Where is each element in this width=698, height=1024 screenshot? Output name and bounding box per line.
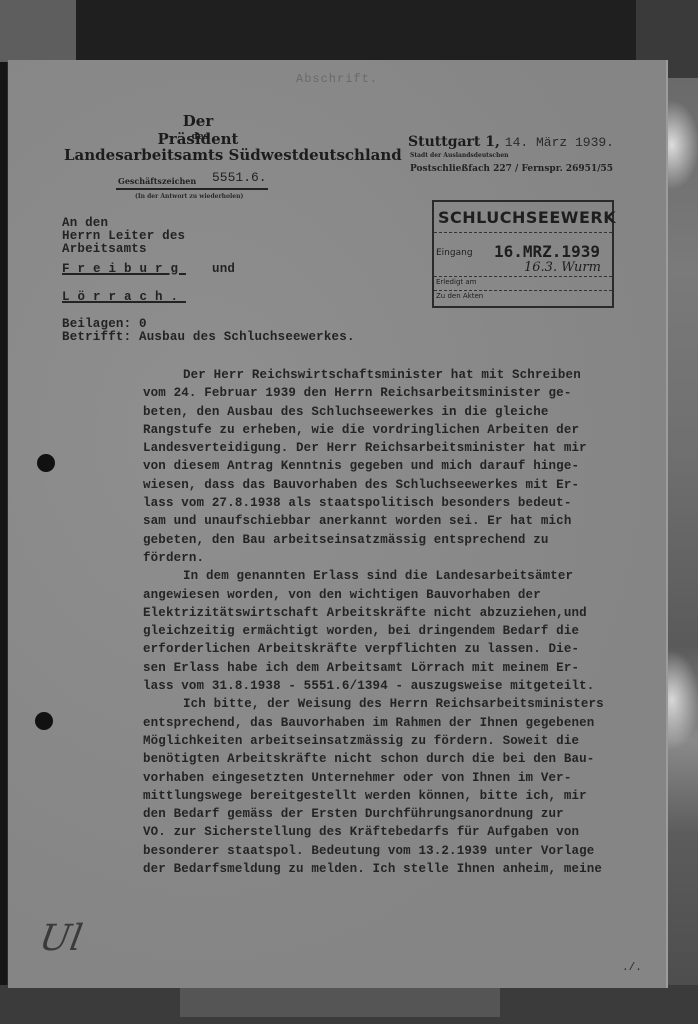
body-line: Rangstufe zu erheben, wie die vordringli… — [143, 421, 663, 439]
body-line: der Bedarfsmeldung zu melden. Ich stelle… — [143, 860, 663, 878]
body-line: In dem genannten Erlass sind die Landesa… — [143, 567, 663, 585]
enclosures: Beilagen: 0 — [62, 317, 147, 331]
background-top-folder — [76, 0, 636, 68]
stamp-divider — [434, 232, 612, 233]
body-line: Der Herr Reichswirtschaftsminister hat m… — [143, 366, 663, 384]
film-edge-left — [0, 0, 7, 1024]
body-line: den Bedarf gemäss der Ersten Durchführun… — [143, 805, 663, 823]
body-line: lass vom 27.8.1938 als staatspolitisch b… — [143, 494, 663, 512]
letterhead-des: des — [180, 132, 220, 142]
body-line: fördern. — [143, 549, 663, 567]
body-line: entsprechend, das Bauvorhaben im Rahmen … — [143, 714, 663, 732]
background-top-left — [0, 0, 78, 62]
stamp-received-date: 16.MRZ.1939 — [494, 242, 600, 261]
recipient-city-freiburg: Freiburg — [62, 262, 186, 276]
subject-line: Betrifft: Ausbau des Schluchseewerkes. — [62, 330, 355, 344]
punch-hole — [35, 712, 53, 730]
body-line: wiesen, dass das Bauvorhaben des Schluch… — [143, 476, 663, 494]
body-line: gleichzeitig ermächtigt worden, bei drin… — [143, 622, 663, 640]
body-line: beten, den Ausbau des Schluchseewerkes i… — [143, 403, 663, 421]
postal-info: Postschließfach 227 / Fernspr. 26951/55 — [410, 164, 613, 174]
body-line: vorhaben eingesetzten Unternehmer oder v… — [143, 769, 663, 787]
letter-body: Der Herr Reichswirtschaftsminister hat m… — [143, 366, 663, 878]
stamp-line-files: Zu den Akten — [436, 292, 483, 300]
reference-note: (In der Antwort zu wiederholen) — [135, 193, 243, 200]
body-line: Landesverteidigung. Der Herr Reichsarbei… — [143, 439, 663, 457]
recipient-line: Herrn Leiter des — [62, 229, 185, 243]
stamp-divider — [434, 290, 612, 291]
recipient-city-loerrach: Lörrach. — [62, 290, 186, 304]
stamp-divider — [434, 276, 612, 277]
body-line: besonderer staatspol. Bedeutung vom 13.2… — [143, 842, 663, 860]
city-subtitle: Stadt der Auslandsdeutschen — [410, 152, 509, 159]
stamp-title: SCHLUCHSEEWERK — [438, 208, 616, 227]
city: Stuttgart 1, — [408, 134, 500, 150]
body-line: benötigten Arbeitskräfte nicht schon dur… — [143, 750, 663, 768]
stamp-received-label: Eingang — [436, 248, 473, 258]
body-line: sam und unaufschiebbar anerkannt worden … — [143, 512, 663, 530]
body-line: sen Erlass habe ich dem Arbeitsamt Lörra… — [143, 659, 663, 677]
folder-tab — [180, 985, 500, 1017]
continuation-mark: ./. — [622, 962, 642, 974]
recipient-line: An den — [62, 216, 108, 230]
letterhead-title: Der Präsident — [148, 112, 248, 148]
body-line: Möglichkeiten arbeitseinsatzmässig zu fö… — [143, 732, 663, 750]
reference-number: 5551.6. — [212, 170, 267, 185]
body-line: angewiesen worden, von den wichtigen Bau… — [143, 586, 663, 604]
reference-underline — [116, 188, 268, 190]
body-line: Elektrizitätswirtschaft Arbeitskräfte ni… — [143, 604, 663, 622]
reference-label: Geschäftszeichen — [118, 176, 196, 186]
stamp-line-completed: Erledigt am — [436, 278, 476, 286]
recipient-connector: und — [212, 262, 235, 276]
body-line: lass vom 31.8.1938 - 5551.6/1394 - auszu… — [143, 677, 663, 695]
body-line: erforderlichen Arbeitskräfte verpflichte… — [143, 640, 663, 658]
place-date: Stuttgart 1, 14. März 1939. — [408, 134, 614, 150]
recipient-line: Arbeitsamts — [62, 242, 147, 256]
handwritten-initial: Ul — [36, 918, 85, 959]
stamp-signature: 16.3. Wurm — [524, 260, 601, 275]
body-line: mittlungswege bereitgestellt werden könn… — [143, 787, 663, 805]
date: 14. März 1939. — [505, 135, 614, 150]
body-line: vom 24. Februar 1939 den Herrn Reichsarb… — [143, 384, 663, 402]
body-line: von diesem Antrag Kenntnis gegeben und m… — [143, 457, 663, 475]
copy-mark: Abschrift. — [296, 72, 378, 86]
received-stamp: SCHLUCHSEEWERK Eingang 16.MRZ.1939 16.3.… — [432, 200, 614, 308]
punch-hole — [37, 454, 55, 472]
letterhead-office: Landesarbeitsamts Südwestdeutschland — [64, 146, 402, 164]
body-line: Ich bitte, der Weisung des Herrn Reichsa… — [143, 695, 663, 713]
body-line: gebeten, den Bau arbeitseinsatzmässig en… — [143, 531, 663, 549]
body-line: VO. zur Sicherstellung des Kräftebedarfs… — [143, 823, 663, 841]
